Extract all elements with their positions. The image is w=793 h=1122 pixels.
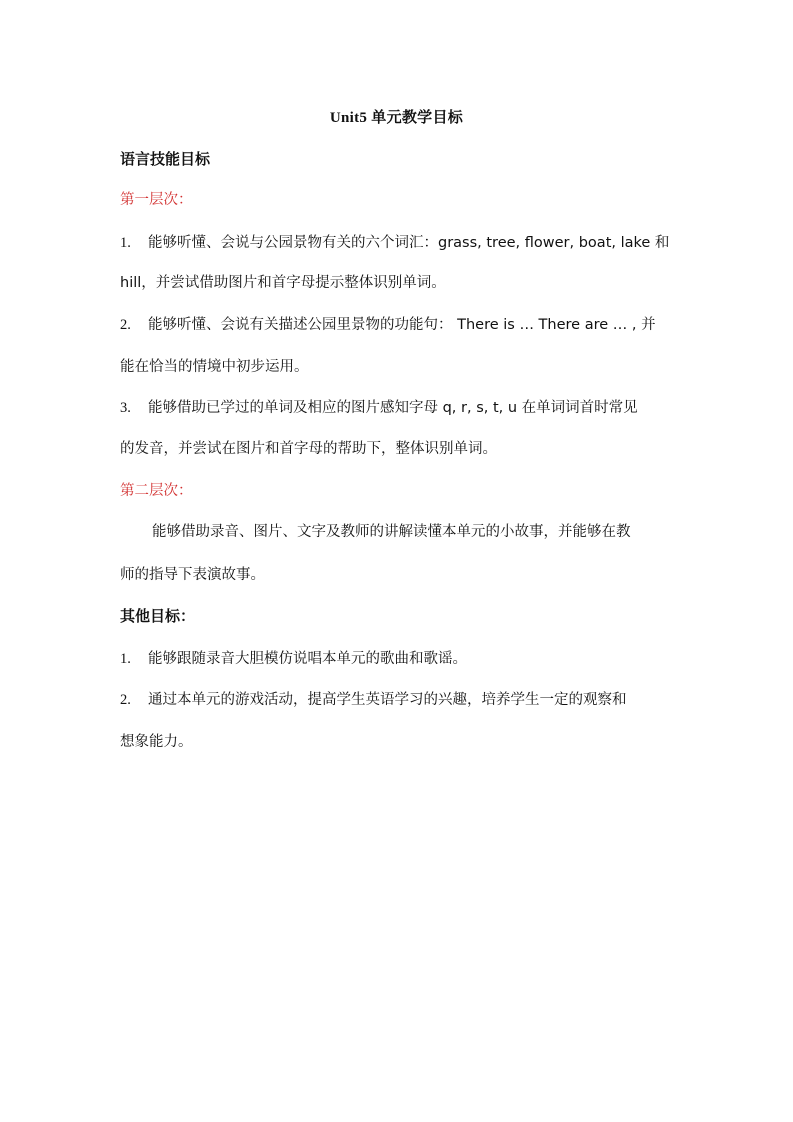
- list-item-text: 能够借助已学过的单词及相应的图片感知字母 q, r, s, t, u 在单词词首…: [148, 400, 638, 416]
- list-number: 2.: [120, 690, 148, 710]
- list-item-text: 能够听懂、会说有关描述公园里景物的功能句： There is … There a…: [148, 317, 656, 333]
- list-item-1-line1: 1.能够听懂、会说与公园景物有关的六个词汇：grass, tree, flowe…: [120, 233, 680, 253]
- list-item-3-line1: 3.能够借助已学过的单词及相应的图片感知字母 q, r, s, t, u 在单词…: [120, 398, 680, 418]
- list-item-text: 能够听懂、会说与公园景物有关的六个词汇：grass, tree, flower,…: [148, 235, 669, 251]
- list-item-1-line2: hill，并尝试借助图片和首字母提示整体识别单词。: [120, 273, 680, 293]
- list-item-2-line2: 能在恰当的情境中初步运用。: [120, 357, 680, 377]
- other-item-2-line1: 2.通过本单元的游戏活动，提高学生英语学习的兴趣，培养学生一定的观察和: [120, 690, 680, 710]
- list-item-text: 通过本单元的游戏活动，提高学生英语学习的兴趣，培养学生一定的观察和: [148, 692, 627, 708]
- list-number: 2.: [120, 315, 148, 335]
- list-number: 1.: [120, 649, 148, 669]
- document-title: Unit5 单元教学目标: [0, 106, 793, 127]
- level-label-first: 第一层次：: [120, 190, 680, 210]
- list-item-3-line2: 的发音，并尝试在图片和首字母的帮助下，整体识别单词。: [120, 439, 680, 459]
- list-number: 1.: [120, 233, 148, 253]
- list-number: 3.: [120, 398, 148, 418]
- level2-paragraph-line1: 能够借助录音、图片、文字及教师的讲解读懂本单元的小故事，并能够在教: [120, 522, 712, 542]
- other-item-2-line2: 想象能力。: [120, 732, 680, 752]
- section-heading-other-goals: 其他目标：: [120, 606, 680, 626]
- section-heading-language-skills: 语言技能目标: [120, 149, 680, 169]
- document-page: Unit5 单元教学目标 语言技能目标 第一层次： 1.能够听懂、会说与公园景物…: [0, 0, 793, 1122]
- level2-paragraph-line2: 师的指导下表演故事。: [120, 565, 680, 585]
- list-item-2-line1: 2.能够听懂、会说有关描述公园里景物的功能句： There is … There…: [120, 315, 680, 335]
- other-item-1-line1: 1.能够跟随录音大胆模仿说唱本单元的歌曲和歌谣。: [120, 649, 680, 669]
- level-label-second: 第二层次：: [120, 481, 680, 501]
- list-item-text: 能够跟随录音大胆模仿说唱本单元的歌曲和歌谣。: [148, 651, 467, 667]
